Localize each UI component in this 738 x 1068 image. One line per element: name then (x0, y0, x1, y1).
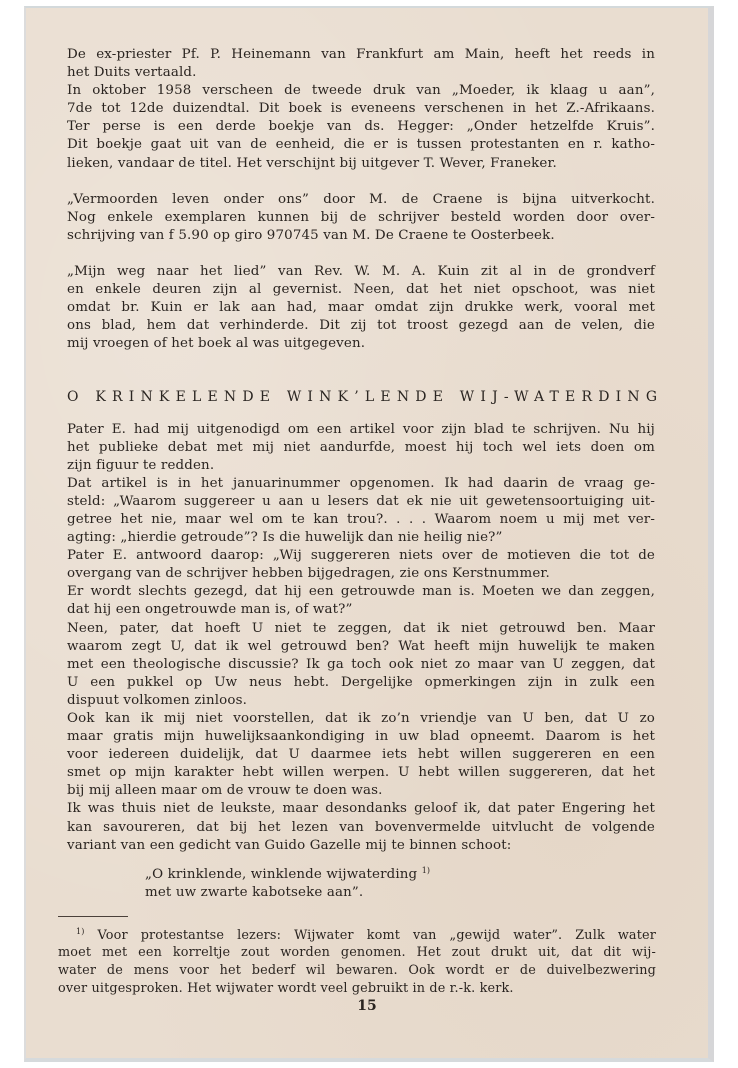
text-line: 7de tot 12de duizendtal. Dit boek is eve… (67, 100, 655, 118)
text-line: kan savoureren, dat bij het lezen van bo… (67, 819, 655, 837)
footnote-mark: 1) (76, 927, 85, 936)
scanned-page: De ex-priester Pf. P. Heinemann van Fran… (24, 6, 714, 1062)
text-line: voor iedereen duidelijk, dat U daarmee i… (67, 746, 655, 764)
verse-line: met uw zwarte kabotseke aan”. (145, 884, 655, 902)
page-number: 15 (26, 998, 708, 1014)
text-line: ons blad, hem dat verhinderde. Dit zij t… (67, 317, 655, 335)
text-line: mij vroegen of het boek al was uitgegeve… (67, 335, 655, 353)
text-line: overgang van de schrijver hebben bijgedr… (67, 565, 655, 583)
text-line: De ex-priester Pf. P. Heinemann van Fran… (67, 46, 655, 64)
text-line: Dit boekje gaat uit van de eenheid, die … (67, 136, 655, 154)
footnote-line: 1) Voor protestantse lezers: Wijwater ko… (58, 927, 656, 945)
text-line: dat hij een ongetrouwde man is, of wat?” (67, 601, 655, 619)
verse-line-text: „O krinklende, winklende wijwaterding (145, 867, 417, 882)
text-line: omdat br. Kuin er lak aan had, maar omda… (67, 299, 655, 317)
text-line: getree het nie, maar wel om te kan trou?… (67, 511, 655, 529)
text-line: Neen, pater, dat hoeft U niet te zeggen,… (67, 620, 655, 638)
text-line: „Mijn weg naar het lied” van Rev. W. M. … (67, 263, 655, 281)
verse-quote: „O krinklende, winklende wijwaterding 1)… (145, 866, 655, 902)
text-line: dispuut volkomen zinloos. (67, 692, 655, 710)
text-line: Ik was thuis niet de leukste, maar deson… (67, 800, 655, 818)
text-line: agting: „hierdie getroude”? Is die huwel… (67, 529, 655, 547)
verse-line: „O krinklende, winklende wijwaterding 1) (145, 866, 655, 884)
footnote-reference[interactable]: 1) (422, 866, 431, 875)
section-body: Pater E. had mij uitgenodigd om een arti… (67, 421, 655, 855)
text-line: Ter perse is een derde boekje van ds. He… (67, 118, 655, 136)
text-line: Er wordt slechts gezegd, dat hij een get… (67, 583, 655, 601)
text-line: en enkele deuren zijn al gevernist. Neen… (67, 281, 655, 299)
footnote-line: water de mens voor het bederf wil beware… (58, 962, 656, 980)
text-line: In oktober 1958 verscheen de tweede druk… (67, 82, 655, 100)
text-line: zijn figuur te redden. (67, 457, 655, 475)
text-line: met een theologische discussie? Ik ga to… (67, 656, 655, 674)
text-line: Pater E. antwoord daarop: „Wij suggerere… (67, 547, 655, 565)
section-heading: O KRINKELENDE WINK’LENDE WIJ-WATERDING (67, 388, 655, 406)
text-line: lieken, vandaar de titel. Het verschijnt… (67, 155, 655, 173)
text-line: Pater E. had mij uitgenodigd om een arti… (67, 421, 655, 439)
footnote: 1) Voor protestantse lezers: Wijwater ko… (58, 927, 656, 997)
text-line: het Duits vertaald. (67, 64, 655, 82)
footnote-divider (58, 916, 128, 917)
text-line: Ook kan ik mij niet voorstellen, dat ik … (67, 710, 655, 728)
footnote-line: over uitgesproken. Het wijwater wordt ve… (58, 980, 656, 998)
text-line: maar gratis mijn huwelijksaankondiging i… (67, 728, 655, 746)
text-line: Nog enkele exemplaren kunnen bij de schr… (67, 209, 655, 227)
text-line: Dat artikel is in het januarinummer opge… (67, 475, 655, 493)
paragraph-mijn-weg: „Mijn weg naar het lied” van Rev. W. M. … (67, 263, 655, 353)
text-line: het publieke debat met mij niet aandurfd… (67, 439, 655, 457)
paragraph-vermoorden-leven: „Vermoorden leven onder ons” door M. de … (67, 191, 655, 245)
text-column: De ex-priester Pf. P. Heinemann van Fran… (67, 46, 655, 997)
text-line: „Vermoorden leven onder ons” door M. de … (67, 191, 655, 209)
text-line: smet op mijn karakter hebt willen werpen… (67, 764, 655, 782)
paragraph-heinemann: De ex-priester Pf. P. Heinemann van Fran… (67, 46, 655, 173)
text-line: waarom zegt U, dat ik wel getrouwd ben? … (67, 638, 655, 656)
text-line: U een pukkel op Uw neus hebt. Dergelijke… (67, 674, 655, 692)
text-line: bij mij alleen maar om de vrouw te doen … (67, 782, 655, 800)
footnote-text: Voor protestantse lezers: Wijwater komt … (98, 928, 656, 943)
text-line: variant van een gedicht van Guido Gazell… (67, 837, 655, 855)
footnote-line: moet met een korreltje zout worden genom… (58, 944, 656, 962)
text-line: schrijving van f 5.90 op giro 970745 van… (67, 227, 655, 245)
text-line: steld: „Waarom suggereer u aan u lesers … (67, 493, 655, 511)
